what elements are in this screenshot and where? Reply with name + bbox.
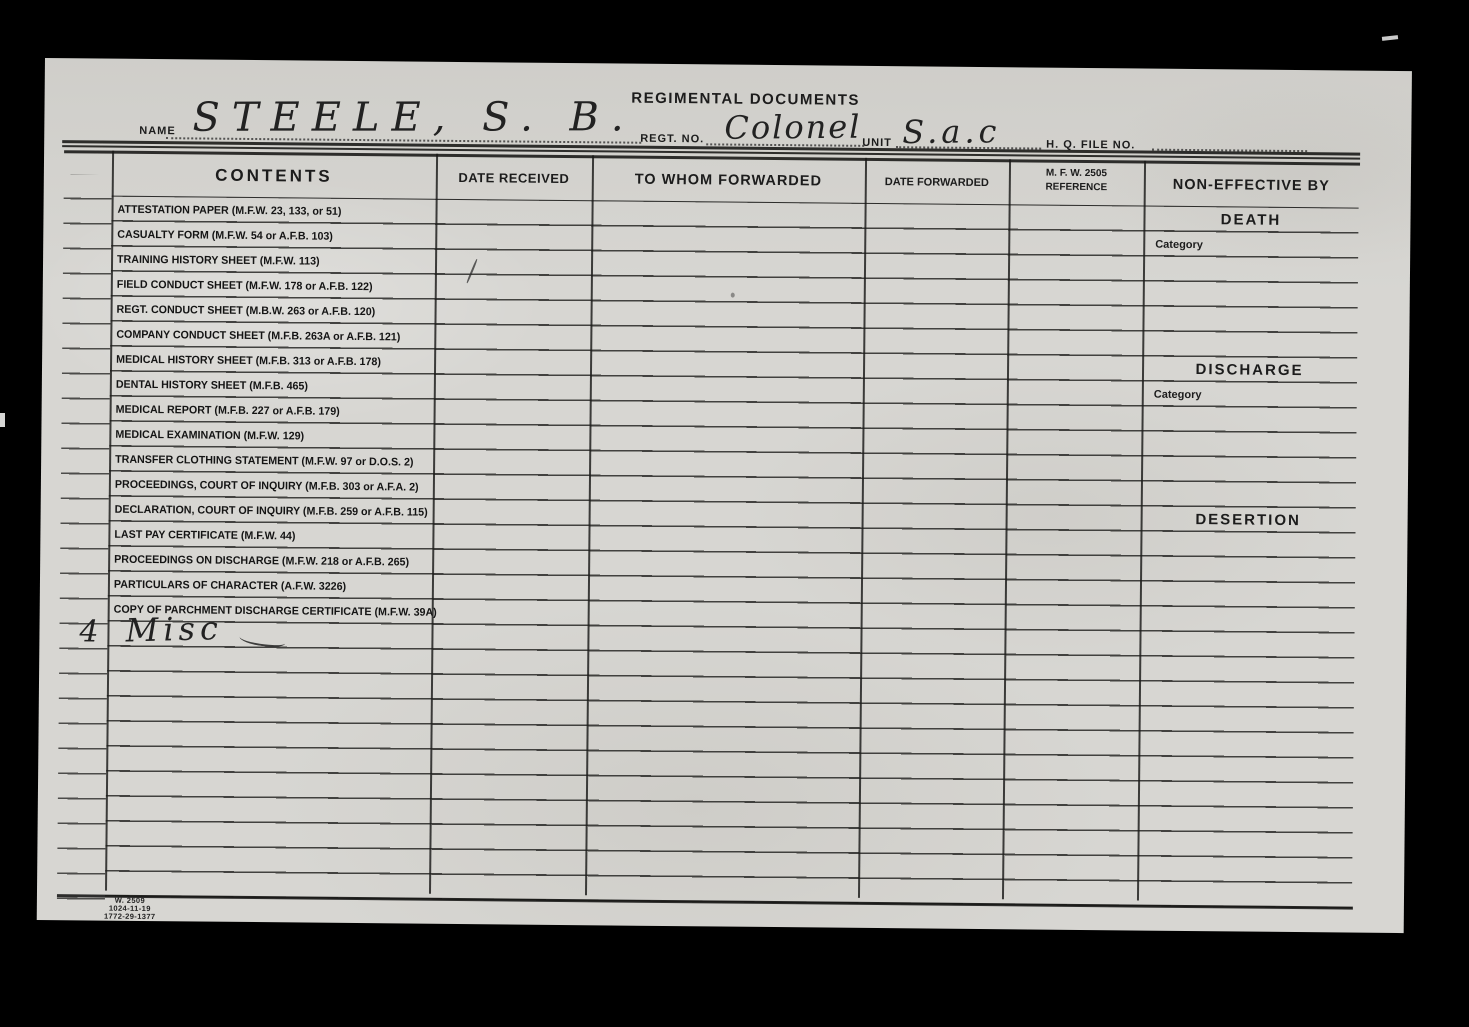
non-effective-death-category-label: Category — [1155, 232, 1203, 257]
form-number-block: W. 2509 1024-11-19 1772-29-1377 — [63, 896, 197, 921]
scan-speck-left-edge — [0, 413, 5, 427]
contents-row-label: DENTAL HISTORY SHEET (M.F.B. 465) — [116, 372, 308, 399]
name-value-handwritten: STEELE, S. B. — [192, 94, 635, 140]
contents-row-label: TRANSFER CLOTHING STATEMENT (M.F.W. 97 o… — [115, 447, 414, 475]
non-effective-desertion-heading: DESERTION — [1141, 507, 1356, 534]
column-header-reference-line2: REFERENCE — [1009, 180, 1144, 195]
contents-row-label: LAST PAY CERTIFICATE (M.F.W. 44) — [114, 522, 295, 549]
contents-row-label: DECLARATION, COURT OF INQUIRY (M.F.B. 25… — [115, 497, 428, 525]
regimental-documents-card: REGIMENTAL DOCUMENTS NAME STEELE, S. B. … — [37, 58, 1412, 933]
name-label: NAME — [139, 125, 176, 137]
margin-row-dashes — [57, 174, 112, 900]
contents-row-label: CASUALTY FORM (M.F.W. 54 or A.F.B. 103) — [117, 222, 333, 249]
scan-background: { "theme": { "paper": "#d7d6d2", "ink": … — [0, 0, 1469, 1027]
page-title: REGIMENTAL DOCUMENTS — [601, 89, 891, 109]
scan-speck-top-right — [1382, 35, 1398, 41]
contents-row-label: MEDICAL REPORT (M.F.B. 227 or A.F.B. 179… — [116, 397, 340, 424]
misc-label-handwritten: Misc — [125, 609, 223, 649]
non-effective-discharge-category-label: Category — [1154, 382, 1202, 407]
contents-row-label: PROCEEDINGS, COURT OF INQUIRY (M.F.B. 30… — [115, 472, 419, 500]
contents-row-label: PARTICULARS OF CHARACTER (A.F.W. 3226) — [114, 572, 346, 599]
contents-row-label: PROCEEDINGS ON DISCHARGE (M.F.W. 218 or … — [114, 547, 409, 575]
non-effective-death-heading: DEATH — [1143, 207, 1358, 234]
contents-row-label: REGT. CONDUCT SHEET (M.B.W. 263 or A.F.B… — [116, 297, 375, 324]
form-number-line: 1772-29-1377 — [63, 912, 197, 921]
contents-row-label: MEDICAL EXAMINATION (M.F.W. 129) — [115, 422, 304, 449]
column-header-reference-line1: M. F. W. 2505 — [1009, 166, 1144, 181]
contents-row-label: MEDICAL HISTORY SHEET (M.F.B. 313 or A.F… — [116, 347, 381, 375]
column-header-date-received: DATE RECEIVED — [436, 158, 592, 199]
misc-margin-note-handwritten: 4 — [79, 614, 98, 649]
regt-no-value-handwritten: Colonel — [724, 108, 861, 147]
non-effective-discharge-heading: DISCHARGE — [1142, 357, 1357, 384]
contents-row-label: COMPANY CONDUCT SHEET (M.F.B. 263A or A.… — [116, 322, 400, 350]
contents-row-label: TRAINING HISTORY SHEET (M.F.W. 113) — [117, 247, 320, 274]
regt-no-label: REGT. NO. — [640, 133, 704, 146]
column-header-to-whom-forwarded: TO WHOM FORWARDED — [592, 159, 865, 202]
contents-row-label: ATTESTATION PAPER (M.F.W. 23, 133, or 51… — [117, 197, 341, 224]
column-header-date-forwarded: DATE FORWARDED — [865, 162, 1009, 203]
pen-dot-mark — [731, 293, 735, 298]
column-header-contents: CONTENTS — [112, 155, 436, 198]
unit-value-handwritten: S.a.c — [902, 112, 1000, 151]
column-header-non-effective-by: NON-EFFECTIVE BY — [1144, 165, 1359, 207]
contents-row-label: FIELD CONDUCT SHEET (M.F.W. 178 or A.F.B… — [117, 272, 373, 299]
